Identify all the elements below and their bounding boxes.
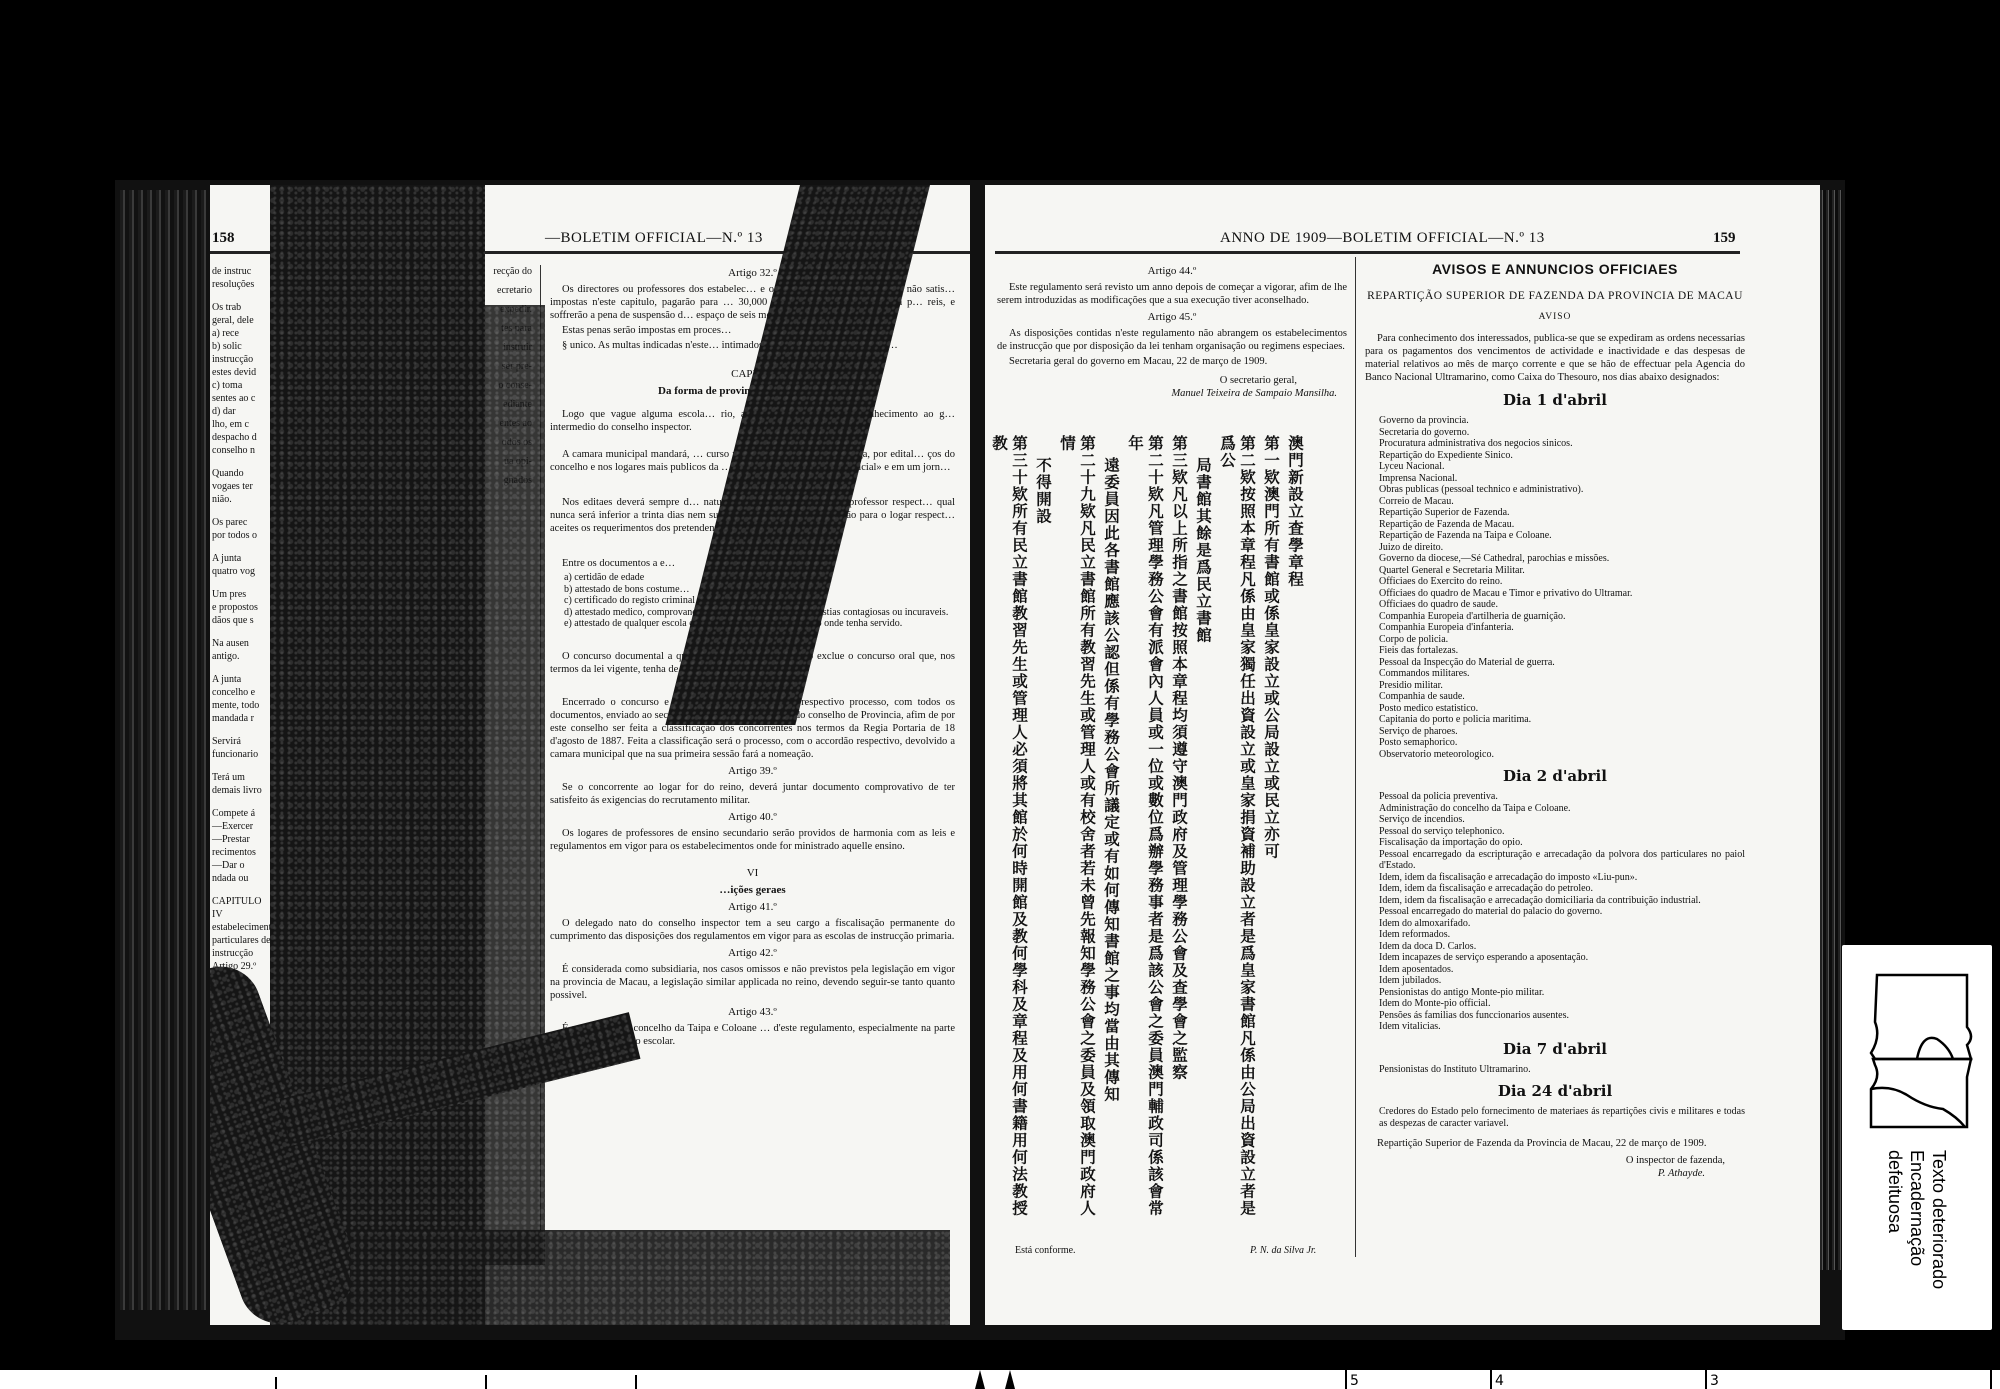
text-fragment: a) rece <box>212 327 272 340</box>
payee-entry: Pensionistas do antigo Monte-pio militar… <box>1365 987 1745 999</box>
right-page-number: 159 <box>1713 230 1736 247</box>
chinese-text-column: 第二十九欵凡民立書館所有教習先生或管理人或有校舍者若未曾先報知學務公會之委員及領… <box>1057 435 1097 1225</box>
text-fragment: concelho e <box>212 686 272 699</box>
payee-entry: Officiaes do Exercito do reino. <box>1365 576 1745 588</box>
ruler-tick <box>485 1375 487 1389</box>
ruler-tick <box>635 1375 637 1389</box>
text-fragment: —Exercer <box>212 820 272 833</box>
ruler-tick <box>1705 1370 1707 1389</box>
payee-entry: Idem incapazes de serviço esperando a ap… <box>1365 952 1745 964</box>
artigo-title: Artigo 45.º <box>997 311 1347 324</box>
payee-entry: Idem vitalicias. <box>1365 1021 1745 1033</box>
payee-entry: Fieis das fortalezas. <box>1365 645 1745 657</box>
day-heading: Dia 7 d'abril <box>1365 1043 1745 1056</box>
text-fragment: demais livro <box>212 784 272 797</box>
payee-entry: Pessoal do serviço telephonico. <box>1365 826 1745 838</box>
left-page: 158 —BOLETIM OFFICIAL—N.º 13 de instrucr… <box>210 185 970 1325</box>
signature-name: Manuel Teixeira de Sampaio Mansilha. <box>997 387 1347 400</box>
text-fragment: resoluções <box>212 278 272 291</box>
capitulo-vi: VI <box>550 867 955 880</box>
payment-days: Dia 1 d'abrilGoverno da provincia.Secret… <box>1365 394 1745 1129</box>
text-fragment: Servirá <box>212 735 272 748</box>
text-fragment: antigo. <box>212 650 272 663</box>
artigo-title: Artigo 42.º <box>550 947 955 960</box>
payee-entry: Procuratura administrativa dos negocios … <box>1365 438 1745 450</box>
left-page-edge-stack <box>120 190 215 1310</box>
payee-entry: Repartição de Fazenda na Taipa e Coloane… <box>1365 530 1745 542</box>
ruler-tick <box>275 1377 277 1389</box>
text-fragment: conselho n <box>212 444 272 457</box>
chinese-text-column: 遠委員因此各書館應該公認但係有學務公會所議定或有如何傳知書館之事均當由其傳知 <box>1101 435 1121 1225</box>
text-fragment: nião. <box>212 493 272 506</box>
page-damage-diagram-icon <box>1867 967 1977 1132</box>
text-fragment: Quando <box>212 467 272 480</box>
text-fragment: c) toma <box>212 379 272 392</box>
signature-title: O secretario geral, <box>997 374 1347 387</box>
closing-line: Repartição Superior de Fazenda da Provin… <box>1365 1137 1745 1150</box>
ruler-label: 5 <box>1350 1373 1359 1389</box>
payee-entry: Credores do Estado pelo fornecimento de … <box>1365 1106 1745 1129</box>
deterioration-band-2 <box>485 305 545 1265</box>
date-line: Secretaria geral do governo em Macau, 22… <box>997 355 1347 368</box>
payee-entry: Idem jubilados. <box>1365 975 1745 987</box>
condition-line-1: Texto deteriorado <box>1928 1150 1950 1330</box>
ruler-tick <box>1345 1370 1347 1389</box>
ruler-tick <box>1490 1370 1492 1389</box>
ruler-center-marker-icon <box>1005 1370 1015 1389</box>
right-page: ANNO DE 1909—BOLETIM OFFICIAL—N.º 13 159… <box>985 185 1820 1325</box>
payee-entry: Posto medico estatistico. <box>1365 703 1745 715</box>
payee-entry: Idem do Monte-pio official. <box>1365 998 1745 1010</box>
chinese-text-column: 不得開設 <box>1033 435 1053 1225</box>
avisos-title: AVISOS E ANNUNCIOS OFFICIAES <box>1365 263 1745 276</box>
payee-entry: Pensionistas do Instituto Ultramarino. <box>1365 1064 1745 1076</box>
ruler-label: 3 <box>1710 1373 1719 1389</box>
aviso-label: AVISO <box>1365 311 1745 324</box>
avisos-column: AVISOS E ANNUNCIOS OFFICIAES REPARTIÇÃO … <box>1365 259 1745 1180</box>
artigo-text: Este regulamento será revisto um anno de… <box>997 281 1347 307</box>
chinese-regulation-text: 澳門新設立査學章程第一欵澳門所有書館或係皇家設立或公局設立或民立亦可第二欵按照本… <box>1005 435 1305 1225</box>
text-fragment: mente, todo <box>212 699 272 712</box>
payee-entry: Repartição Superior de Fazenda. <box>1365 507 1745 519</box>
text-fragment: A junta <box>212 552 272 565</box>
text-fragment: Um pres <box>212 588 272 601</box>
payee-entry: Companhia Europeia d'infanteria. <box>1365 622 1745 634</box>
text-fragment: A junta <box>212 673 272 686</box>
text-fragment: por todos o <box>212 529 272 542</box>
payee-entry: Pessoal da policia preventiva. <box>1365 791 1745 803</box>
payee-entry: Lyceu Nacional. <box>1365 461 1745 473</box>
text-fragment: vogaes ter <box>212 480 272 493</box>
payee-entry: Repartição de Fazenda de Macau. <box>1365 519 1745 531</box>
payee-entry: Governo da diocese,—Sé Cathedral, paroch… <box>1365 553 1745 565</box>
left-column-fragments: de instrucresoluçõesOs trabgeral, delea)… <box>212 265 272 973</box>
text-fragment: quatro vog <box>212 565 272 578</box>
payee-entry: Administração do concelho da Taipa e Col… <box>1365 803 1745 815</box>
payee-entry: Pessoal encarregado da escripturação e a… <box>1365 849 1745 872</box>
text-fragment: de instruc <box>212 265 272 278</box>
payee-entry: Posto semaphorico. <box>1365 737 1745 749</box>
chinese-text-column: 第二欵按照本章程凡係由皇家獨任出資設立或皇家捐資補助設立者是爲皇家書館凡係由公局… <box>1217 435 1257 1225</box>
inspector-name: P. Athayde. <box>1365 1167 1745 1180</box>
artigo-text: Se o concorrente ao logar for do reino, … <box>550 781 955 807</box>
text-fragment: —Prestar <box>212 833 272 846</box>
payee-entry: Correio de Macau. <box>1365 496 1745 508</box>
payee-entry: Serviço de pharoes. <box>1365 726 1745 738</box>
ruler-center-marker-icon <box>975 1370 985 1389</box>
payee-entry: Idem da doca D. Carlos. <box>1365 941 1745 953</box>
payee-entry: Repartição do Expediente Sinico. <box>1365 450 1745 462</box>
text-fragment: recimentos <box>212 846 272 859</box>
text-fragment: Os trab <box>212 301 272 314</box>
chinese-text-column: 第二十欵凡管理學務公會有派會內人員或一位或數位爲辦學務事者是爲該公會之委員澳門輔… <box>1125 435 1165 1225</box>
deterioration-bottom <box>350 1230 950 1325</box>
regulation-end-column: Artigo 44.ºEste regulamento será revisto… <box>997 261 1347 400</box>
text-fragment: d) dar <box>212 405 272 418</box>
payee-entry: Juizo de direito. <box>1365 542 1745 554</box>
text-fragment: b) solic <box>212 340 272 353</box>
text-fragment: estabelecimentos particulares de instruc… <box>212 921 272 960</box>
text-fragment: instrucção <box>212 353 272 366</box>
text-fragment: sentes ao c <box>212 392 272 405</box>
payee-entry: Officiaes do quadro de saude. <box>1365 599 1745 611</box>
artigo-text: É considerada como subsidiaria, nos caso… <box>550 963 955 1002</box>
text-fragment: e propostos <box>212 601 272 614</box>
text-fragment: geral, dele <box>212 314 272 327</box>
ruler-tick <box>1990 1370 1992 1389</box>
artigo-text: Os logares de professores de ensino secu… <box>550 827 955 853</box>
day-heading: Dia 2 d'abril <box>1365 770 1745 783</box>
chinese-text-column: 第一欵澳門所有書館或係皇家設立或公局設立或民立亦可 <box>1261 435 1281 1225</box>
payee-entry: Companhia Europeia d'artilheria de guarn… <box>1365 611 1745 623</box>
condition-label: Texto deteriorado Encadernação defeituos… <box>1842 945 1992 1330</box>
payee-entry: Idem, idem da fiscalisação e arrecadação… <box>1365 883 1745 895</box>
text-fragment: Os parec <box>212 516 272 529</box>
payee-entry: Pessoal encarregado do material do palac… <box>1365 906 1745 918</box>
artigo-text: O delegado nato do conselho inspector te… <box>550 917 955 943</box>
film-ruler: 5 4 3 <box>0 1370 2000 1389</box>
text-fragment: despacho d <box>212 431 272 444</box>
text-fragment: Compete á <box>212 807 272 820</box>
artigo-title: Artigo 44.º <box>997 265 1347 278</box>
text-fragment: estes devid <box>212 366 272 379</box>
payee-entry: Idem do almoxarifado. <box>1365 918 1745 930</box>
chinese-text-column: 澳門新設立査學章程 <box>1285 435 1305 1225</box>
chinese-text-column: 第三十欵所有民立書館教習先生或管理人必須將其館於何時開館及教何學科及章程及用何書… <box>989 435 1029 1225</box>
column-divider <box>1355 257 1356 1257</box>
text-fragment: funcionario <box>212 748 272 761</box>
payee-entry: Commandos militares. <box>1365 668 1745 680</box>
payee-entry: Pessoal da Inspecção do Material de guer… <box>1365 657 1745 669</box>
chinese-text-column: 局書館其餘是爲民立書館 <box>1193 435 1213 1225</box>
chinese-text-column: 第三欵凡以上所指之書館按照本章程均須遵守澳門政府及管理學務公會及査學會之監察 <box>1169 435 1189 1225</box>
payee-entry: Idem reformados. <box>1365 929 1745 941</box>
artigo-text: As disposições contidas n'este regulamen… <box>997 327 1347 353</box>
text-fragment: CAPITULO IV <box>212 895 272 921</box>
text-fragment: dãos que s <box>212 614 272 627</box>
payee-entry: Idem, idem da fiscalisação e arrecadação… <box>1365 872 1745 884</box>
payee-entry: Capitania do porto e policia maritima. <box>1365 714 1745 726</box>
payee-entry: Secretaria do governo. <box>1365 427 1745 439</box>
payee-entry: Obras publicas (pessoal technico e admin… <box>1365 484 1745 496</box>
text-fragment: —Dar o <box>212 859 272 872</box>
payee-entry: Idem, idem da fiscalisação e arrecadação… <box>1365 895 1745 907</box>
text-fragment: mandada r <box>212 712 272 725</box>
payee-entry: Fiscalisação da importação do opio. <box>1365 837 1745 849</box>
footer-conforme: Está conforme. <box>1015 1245 1076 1256</box>
condition-line-2: Encadernação defeituosa <box>1884 1150 1928 1330</box>
day-heading: Dia 1 d'abril <box>1365 394 1745 407</box>
payee-entry: Companhia de saude. <box>1365 691 1745 703</box>
payee-entry: Pensões ás familias dos funccionarios au… <box>1365 1010 1745 1022</box>
right-page-edge-stack <box>1820 190 1842 1270</box>
text-fragment: Na ausen <box>212 637 272 650</box>
artigo-title: Artigo 41.º <box>550 901 955 914</box>
day-heading: Dia 24 d'abril <box>1365 1085 1745 1098</box>
payee-entry: Idem aposentados. <box>1365 964 1745 976</box>
text-fragment: Terá um <box>212 771 272 784</box>
payee-entry: Observatorio meteorologico. <box>1365 749 1745 761</box>
payee-entry: Imprensa Nacional. <box>1365 473 1745 485</box>
artigo-title: Artigo 40.º <box>550 811 955 824</box>
right-running-head: ANNO DE 1909—BOLETIM OFFICIAL—N.º 13 <box>1220 230 1545 247</box>
header-rule <box>995 251 1740 254</box>
payee-entry: Officiaes do quadro de Macau e Timor e p… <box>1365 588 1745 600</box>
unico-text: § unico. As multas indicadas n'este… int… <box>550 339 955 352</box>
text-fragment: lho, em c <box>212 418 272 431</box>
left-running-head: —BOLETIM OFFICIAL—N.º 13 <box>545 230 763 247</box>
disposicoes-geraes: …ições geraes <box>550 884 955 897</box>
condition-label-text: Texto deteriorado Encadernação defeituos… <box>1884 1150 1950 1330</box>
payee-entry: Presidio militar. <box>1365 680 1745 692</box>
footer-signature: P. N. da Silva Jr. <box>1250 1245 1316 1256</box>
aviso-intro: Para conhecimento dos interessados, publ… <box>1365 332 1745 384</box>
inspector-title: O inspector de fazenda, <box>1365 1154 1745 1167</box>
department-heading: REPARTIÇÃO SUPERIOR DE FAZENDA DA PROVIN… <box>1365 290 1745 303</box>
text-fragment: ndada ou <box>212 872 272 885</box>
payee-entry: Corpo de policia. <box>1365 634 1745 646</box>
artigo-title: Artigo 39.º <box>550 765 955 778</box>
payee-entry: Quartel General e Secretaria Militar. <box>1365 565 1745 577</box>
ruler-label: 4 <box>1495 1373 1504 1389</box>
payee-entry: Serviço de incendios. <box>1365 814 1745 826</box>
left-page-number: 158 <box>212 230 235 247</box>
payee-entry: Governo da provincia. <box>1365 415 1745 427</box>
